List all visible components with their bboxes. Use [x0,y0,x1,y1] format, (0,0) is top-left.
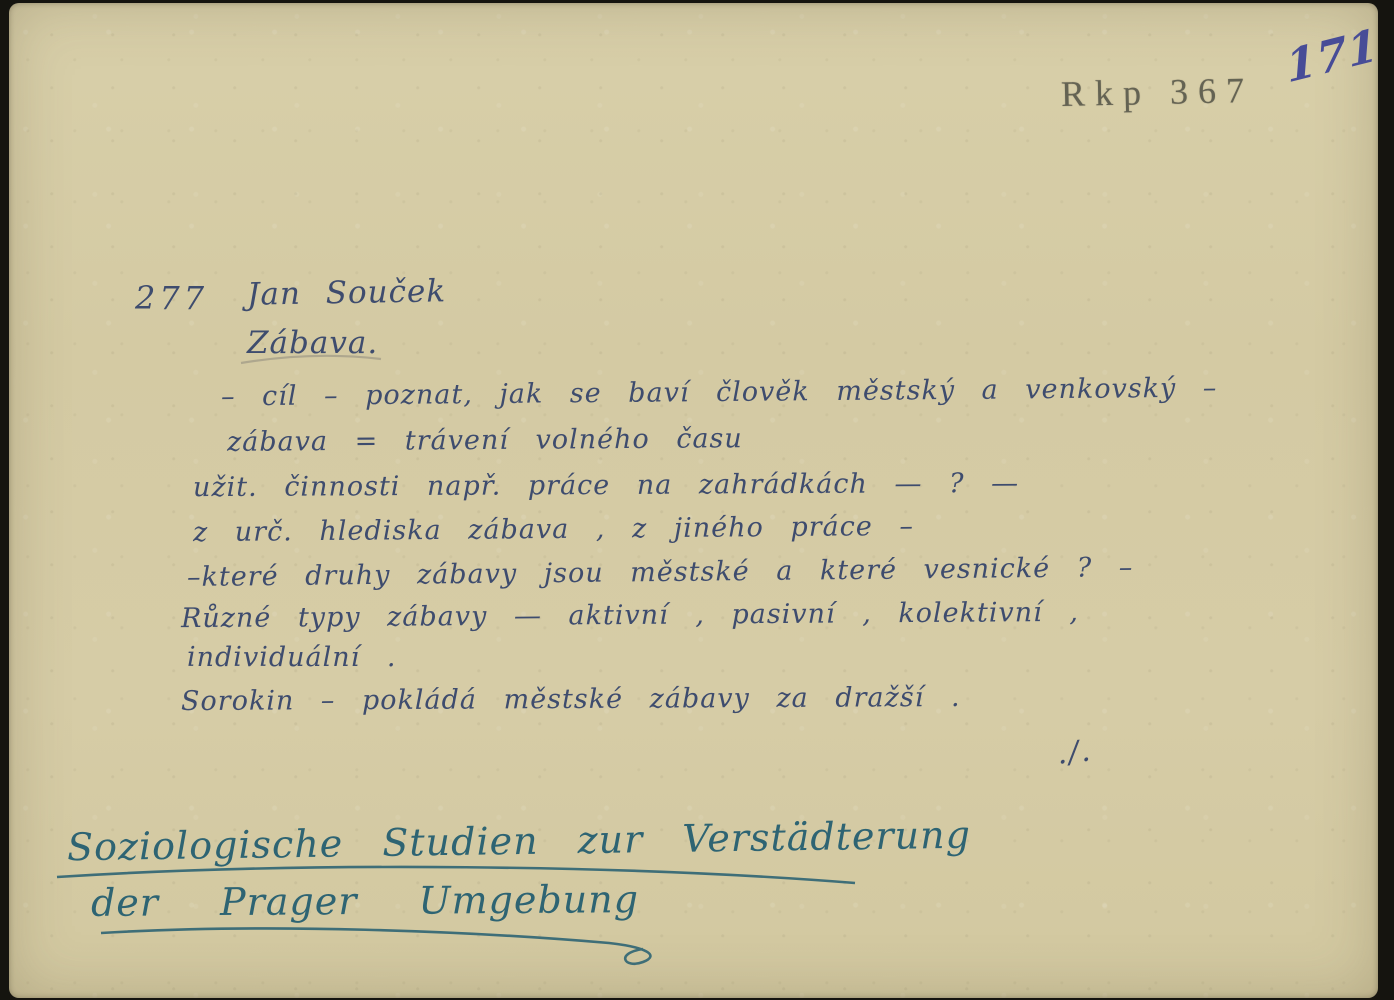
scanned-manuscript-card: 171 Rkp 367 277 Jan Souček Zábava. – cíl… [0,0,1394,1000]
archive-stamp: Rkp 367 [1061,69,1255,115]
note-line: zábava = trávení volného času [227,423,743,458]
note-line: –které druhy zábavy jsou městské a které… [187,552,1134,593]
end-mark: ./. [1055,733,1094,771]
note-line: Různé typy zábavy — aktivní , pasivní , … [181,597,1079,634]
note-line: užit. činnosti např. práce na zahrádkách… [193,468,1019,503]
author-name: Jan Souček [247,273,447,312]
german-title-line1: Soziologische Studien zur Verstädterung [67,813,971,870]
german-title-line2: der Prager Umgebung [91,877,639,925]
note-line: individuální . [187,642,396,673]
note-line: Sorokin – pokládá městské zábavy za draž… [181,682,961,717]
paper-card: 171 Rkp 367 277 Jan Souček Zábava. – cíl… [9,3,1378,998]
folio-number: 171 [1284,19,1381,93]
note-line: z urč. hlediska zábava , z jiného práce … [193,511,914,548]
note-title: Zábava. [247,325,378,361]
note-line: – cíl – poznat, jak se baví člověk městs… [221,373,1218,413]
card-number: 277 [135,279,208,317]
